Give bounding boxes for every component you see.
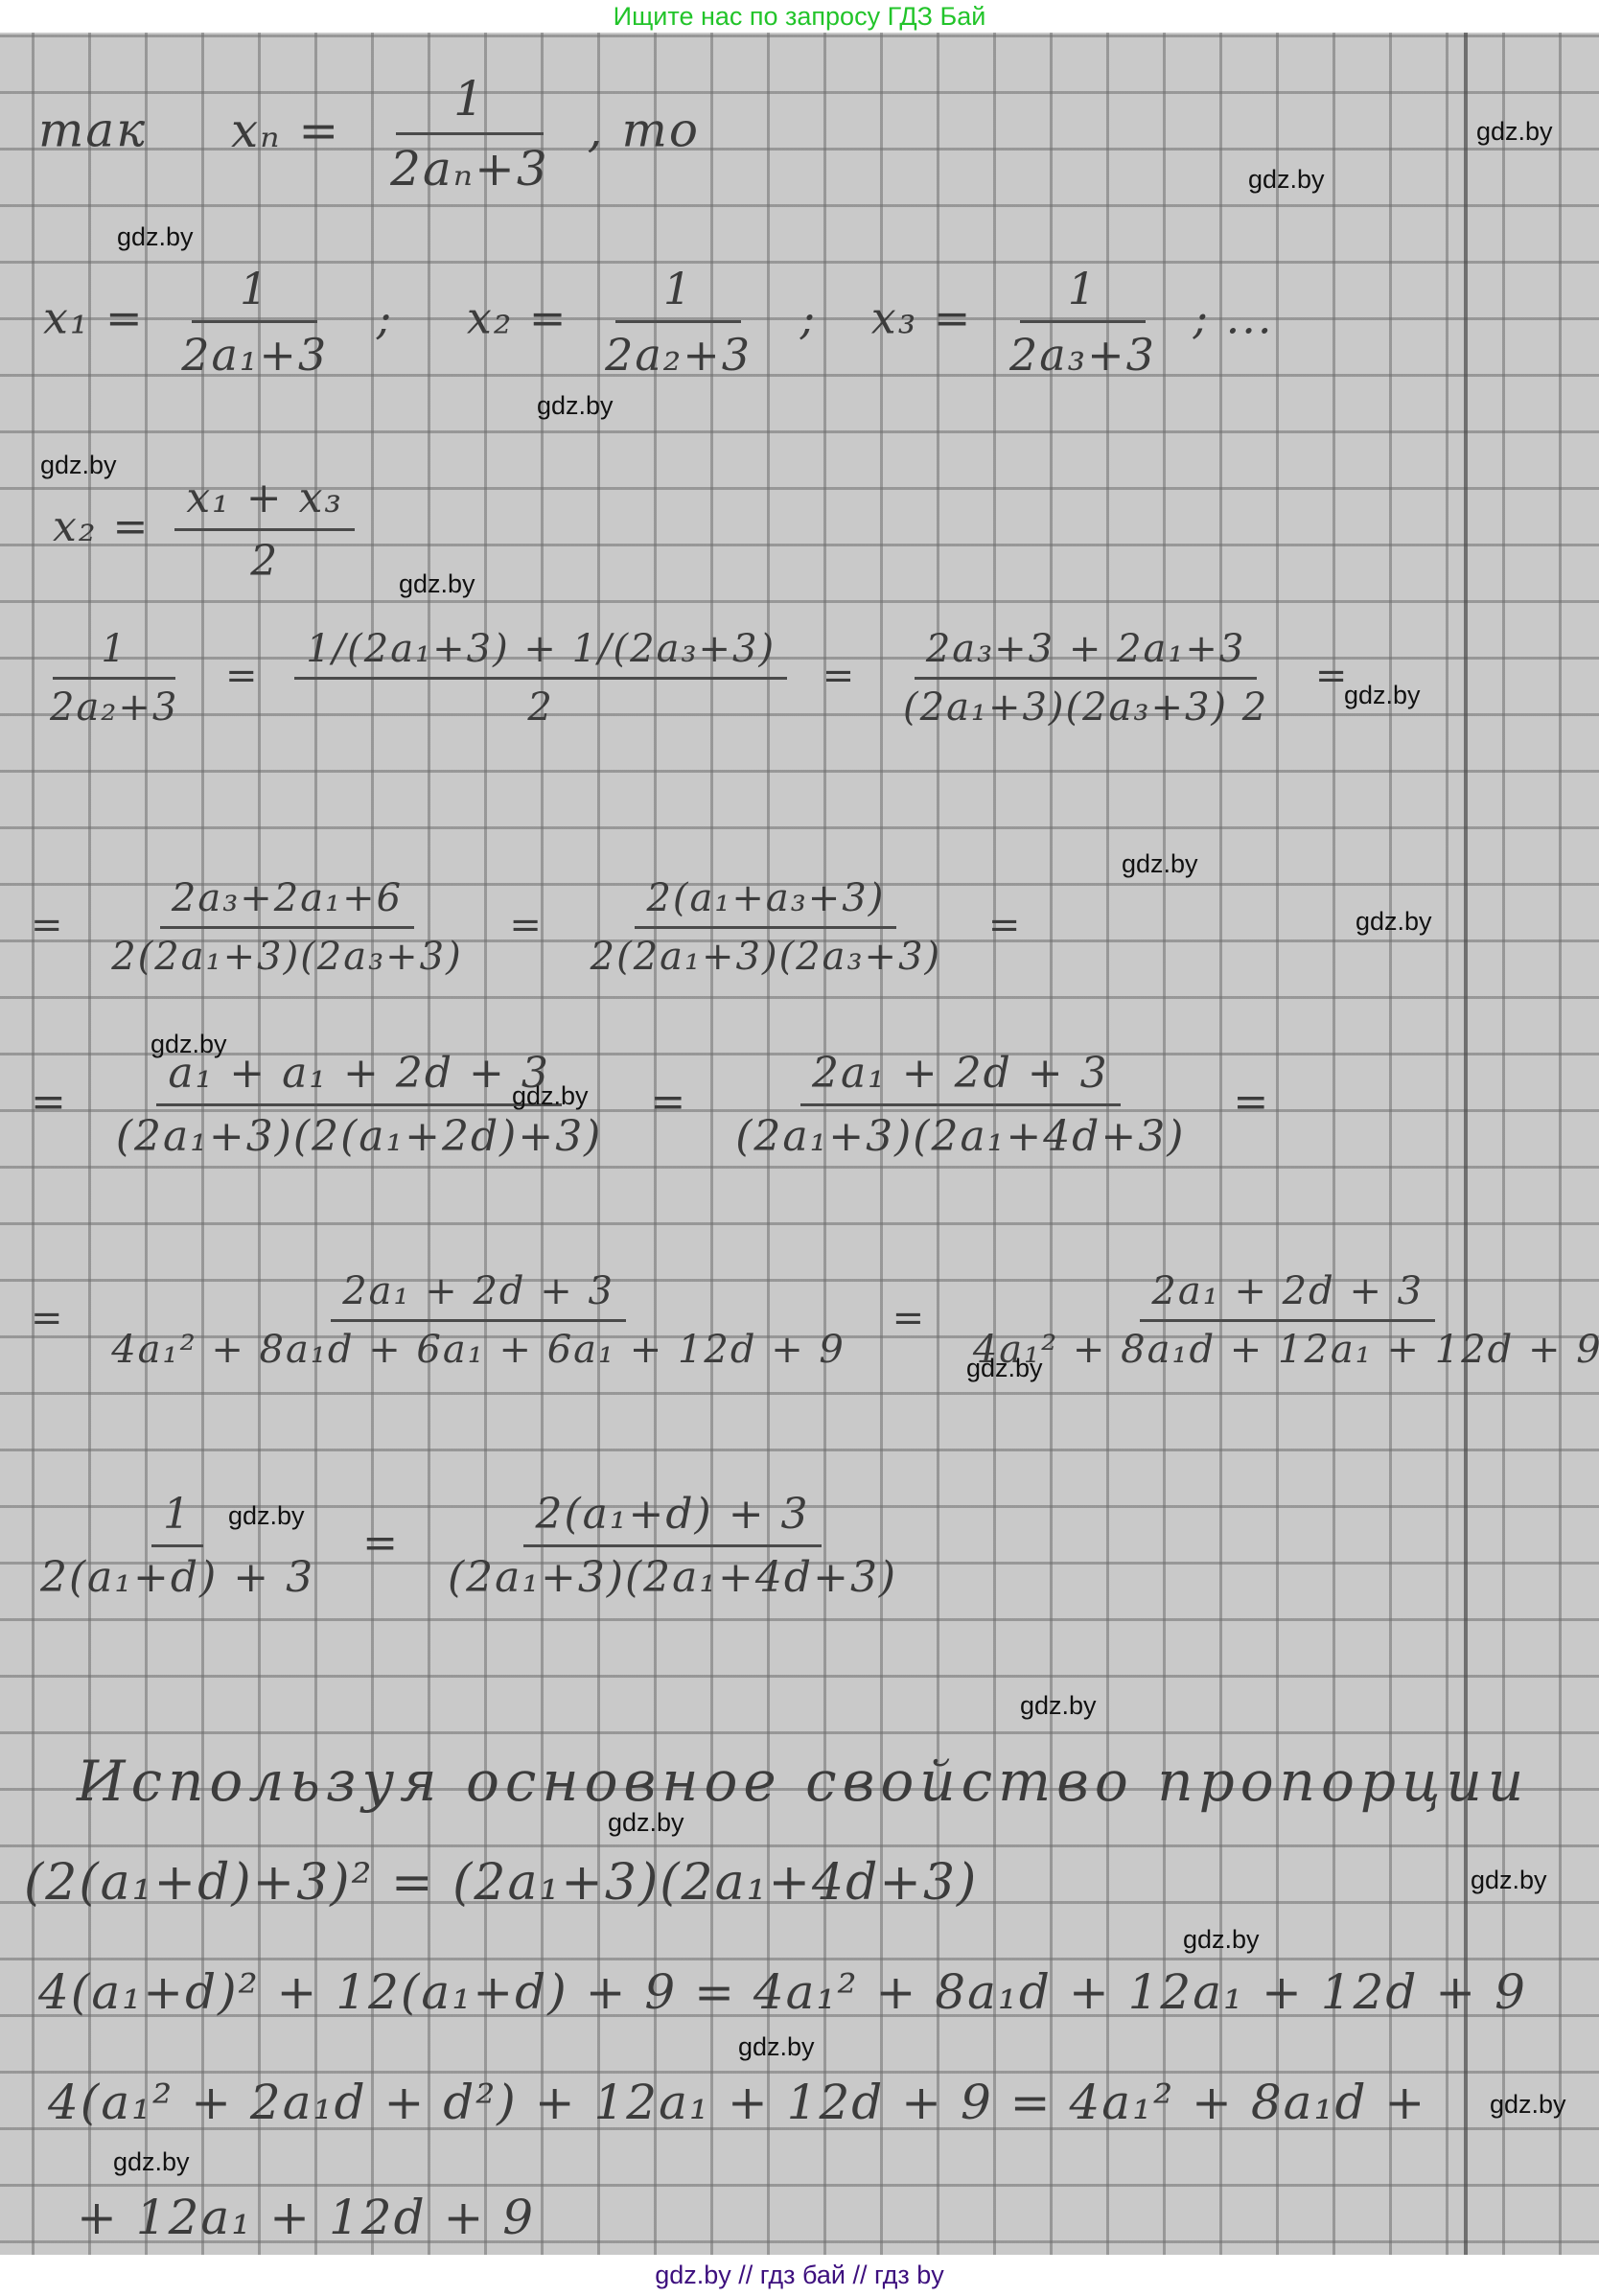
bottom-banner: gdz.by // гдз бай // гдз by bbox=[0, 2255, 1599, 2296]
numerator: 2a₃+2a₁+6 bbox=[160, 876, 414, 929]
denominator: (2a₁+3)(2a₁+4d+3) bbox=[436, 1547, 909, 1602]
watermark: gdz.by bbox=[1490, 2090, 1566, 2120]
top-banner: Ищите нас по запросу ГДЗ Бай bbox=[0, 0, 1599, 33]
denominator: 2a₁+3 bbox=[170, 323, 339, 381]
numerator: 2(a₁+d) + 3 bbox=[523, 1490, 821, 1547]
numerator: 1 bbox=[615, 263, 741, 323]
numerator: x₁ + x₃ bbox=[174, 474, 355, 531]
watermark: gdz.by bbox=[537, 391, 614, 421]
watermark: gdz.by bbox=[1183, 1925, 1260, 1955]
watermark: gdz.by bbox=[1248, 165, 1325, 195]
margin-line bbox=[1464, 33, 1468, 2255]
watermark: gdz.by bbox=[117, 222, 194, 252]
watermark: gdz.by bbox=[512, 1081, 589, 1111]
fraction: 2(a₁+d) + 3 (2a₁+3)(2a₁+4d+3) bbox=[436, 1490, 909, 1602]
numerator: 2a₁ + 2d + 3 bbox=[1140, 1269, 1435, 1322]
fraction: 1 2a₂+3 bbox=[593, 263, 763, 381]
denominator: (2a₁+3)(2a₃+3) 2 bbox=[892, 680, 1280, 730]
prefix-text: так bbox=[38, 103, 147, 158]
equals-sign: = bbox=[31, 1296, 65, 1340]
denominator: 2(a₁+d) + 3 bbox=[29, 1547, 326, 1602]
denominator: (2a₁+3)(2a₁+4d+3) bbox=[724, 1106, 1196, 1161]
fraction: x₁ + x₃ 2 bbox=[174, 474, 355, 586]
watermark: gdz.by bbox=[1476, 117, 1553, 147]
fraction: 1 2a₂+3 bbox=[38, 627, 190, 730]
line-expanded-1: 4(a₁+d)² + 12(a₁+d) + 9 = 4a₁² + 8a₁d + … bbox=[38, 1964, 1527, 2020]
fraction: 2a₁ + 2d + 3 4a₁² + 8a₁d + 6a₁ + 6a₁ + 1… bbox=[100, 1269, 857, 1372]
watermark: gdz.by bbox=[228, 1501, 305, 1531]
watermark: gdz.by bbox=[40, 451, 117, 480]
watermark: gdz.by bbox=[1356, 907, 1432, 937]
line-substitution: 1 2a₂+3 = 1/(2a₁+3) + 1/(2a₃+3) 2 = 2a₃+… bbox=[29, 627, 1360, 730]
denominator: 4a₁² + 8a₁d + 6a₁ + 6a₁ + 12d + 9 bbox=[100, 1322, 857, 1372]
equals-sign: = bbox=[31, 903, 65, 947]
line-mean: x₂ = x₁ + x₃ 2 bbox=[53, 474, 364, 586]
notebook-sheet: так xₙ = 1 2aₙ+3 , то x₁ = 1 2a₁+3 ; x₂ … bbox=[0, 33, 1599, 2255]
numerator: 2a₁ + 2d + 3 bbox=[331, 1269, 626, 1322]
denominator: 2aₙ+3 bbox=[379, 135, 561, 197]
line-definition: так xₙ = 1 2aₙ+3 , то bbox=[38, 71, 700, 197]
lhs: x₁ = bbox=[43, 292, 145, 344]
watermark: gdz.by bbox=[399, 569, 475, 599]
fraction: 2a₁ + 2d + 3 (2a₁+3)(2a₁+4d+3) bbox=[724, 1049, 1196, 1161]
line-expanded-2: 4(a₁² + 2a₁d + d²) + 12a₁ + 12d + 9 = 4a… bbox=[48, 2075, 1426, 2130]
numerator: 1 bbox=[151, 1490, 203, 1547]
watermark: gdz.by bbox=[151, 1030, 227, 1059]
fraction: 1 2a₁+3 bbox=[170, 263, 339, 381]
denominator: 4a₁² + 8a₁d + 12a₁ + 12d + 9 bbox=[962, 1322, 1599, 1372]
numerator: 2a₃+3 + 2a₁+3 bbox=[915, 627, 1258, 680]
equals-sign: = bbox=[988, 903, 1023, 947]
numerator: 1 bbox=[1020, 263, 1146, 323]
fraction: 1 2a₃+3 bbox=[998, 263, 1168, 381]
fraction: 1/(2a₁+3) + 1/(2a₃+3) 2 bbox=[294, 627, 787, 730]
denominator: 2a₂+3 bbox=[38, 680, 190, 730]
numerator: 1 bbox=[53, 627, 174, 680]
suffix-text: ; ... bbox=[1193, 292, 1274, 344]
fraction: 1 2aₙ+3 bbox=[379, 71, 561, 197]
line-expanded-3: + 12a₁ + 12d + 9 bbox=[77, 2190, 535, 2245]
line-simplify-1: = 2a₃+2a₁+6 2(2a₁+3)(2a₃+3) = 2(a₁+a₃+3)… bbox=[19, 876, 1033, 979]
lhs: x₂ = bbox=[53, 502, 150, 551]
fraction: 2a₃+3 + 2a₁+3 (2a₁+3)(2a₃+3) 2 bbox=[892, 627, 1280, 730]
watermark: gdz.by bbox=[113, 2147, 190, 2177]
numerator: 2(a₁+a₃+3) bbox=[635, 876, 896, 929]
lhs: xₙ = bbox=[231, 103, 340, 158]
lhs: x₃ = bbox=[871, 292, 973, 344]
numerator: 1 bbox=[396, 71, 544, 135]
numerator: 1/(2a₁+3) + 1/(2a₃+3) bbox=[294, 627, 787, 680]
lhs: x₂ = bbox=[467, 292, 568, 344]
watermark: gdz.by bbox=[1471, 1866, 1547, 1895]
suffix-text: , то bbox=[588, 103, 700, 158]
denominator: (2a₁+3)(2(a₁+2d)+3) bbox=[104, 1106, 614, 1161]
watermark: gdz.by bbox=[738, 2032, 815, 2062]
line-terms: x₁ = 1 2a₁+3 ; x₂ = 1 2a₂+3 ; x₃ = 1 2a₃… bbox=[43, 263, 1274, 381]
denominator: 2 bbox=[239, 531, 290, 586]
denominator: 2(2a₁+3)(2a₃+3) bbox=[579, 929, 953, 979]
denominator: 2 bbox=[516, 680, 565, 730]
line-proportion-note: Используя основное свойство пропорции bbox=[77, 1749, 1529, 1814]
equals-sign: = bbox=[31, 1078, 68, 1126]
watermark: gdz.by bbox=[966, 1354, 1043, 1383]
fraction: 2a₃+2a₁+6 2(2a₁+3)(2a₃+3) bbox=[100, 876, 474, 979]
line-equation: 1 2(a₁+d) + 3 = 2(a₁+d) + 3 (2a₁+3)(2a₁+… bbox=[19, 1490, 918, 1602]
watermark: gdz.by bbox=[608, 1808, 684, 1838]
watermark: gdz.by bbox=[1122, 849, 1198, 879]
numerator: 2a₁ + 2d + 3 bbox=[800, 1049, 1121, 1106]
numerator: 1 bbox=[192, 263, 317, 323]
line-proportion: (2(a₁+d)+3)² = (2a₁+3)(2a₁+4d+3) bbox=[24, 1854, 978, 1912]
denominator: 2(2a₁+3)(2a₃+3) bbox=[100, 929, 474, 979]
equals-sign: = bbox=[1233, 1078, 1270, 1126]
watermark: gdz.by bbox=[1020, 1691, 1097, 1721]
fraction: 2(a₁+a₃+3) 2(2a₁+3)(2a₃+3) bbox=[579, 876, 953, 979]
line-simplify-2: = a₁ + a₁ + 2d + 3 (2a₁+3)(2(a₁+2d)+3) =… bbox=[19, 1049, 1282, 1161]
denominator: 2a₃+3 bbox=[998, 323, 1168, 381]
fraction: 2a₁ + 2d + 3 4a₁² + 8a₁d + 12a₁ + 12d + … bbox=[962, 1269, 1599, 1372]
line-expand: = 2a₁ + 2d + 3 4a₁² + 8a₁d + 6a₁ + 6a₁ +… bbox=[19, 1269, 1599, 1372]
watermark: gdz.by bbox=[1344, 681, 1421, 710]
denominator: 2a₂+3 bbox=[593, 323, 763, 381]
